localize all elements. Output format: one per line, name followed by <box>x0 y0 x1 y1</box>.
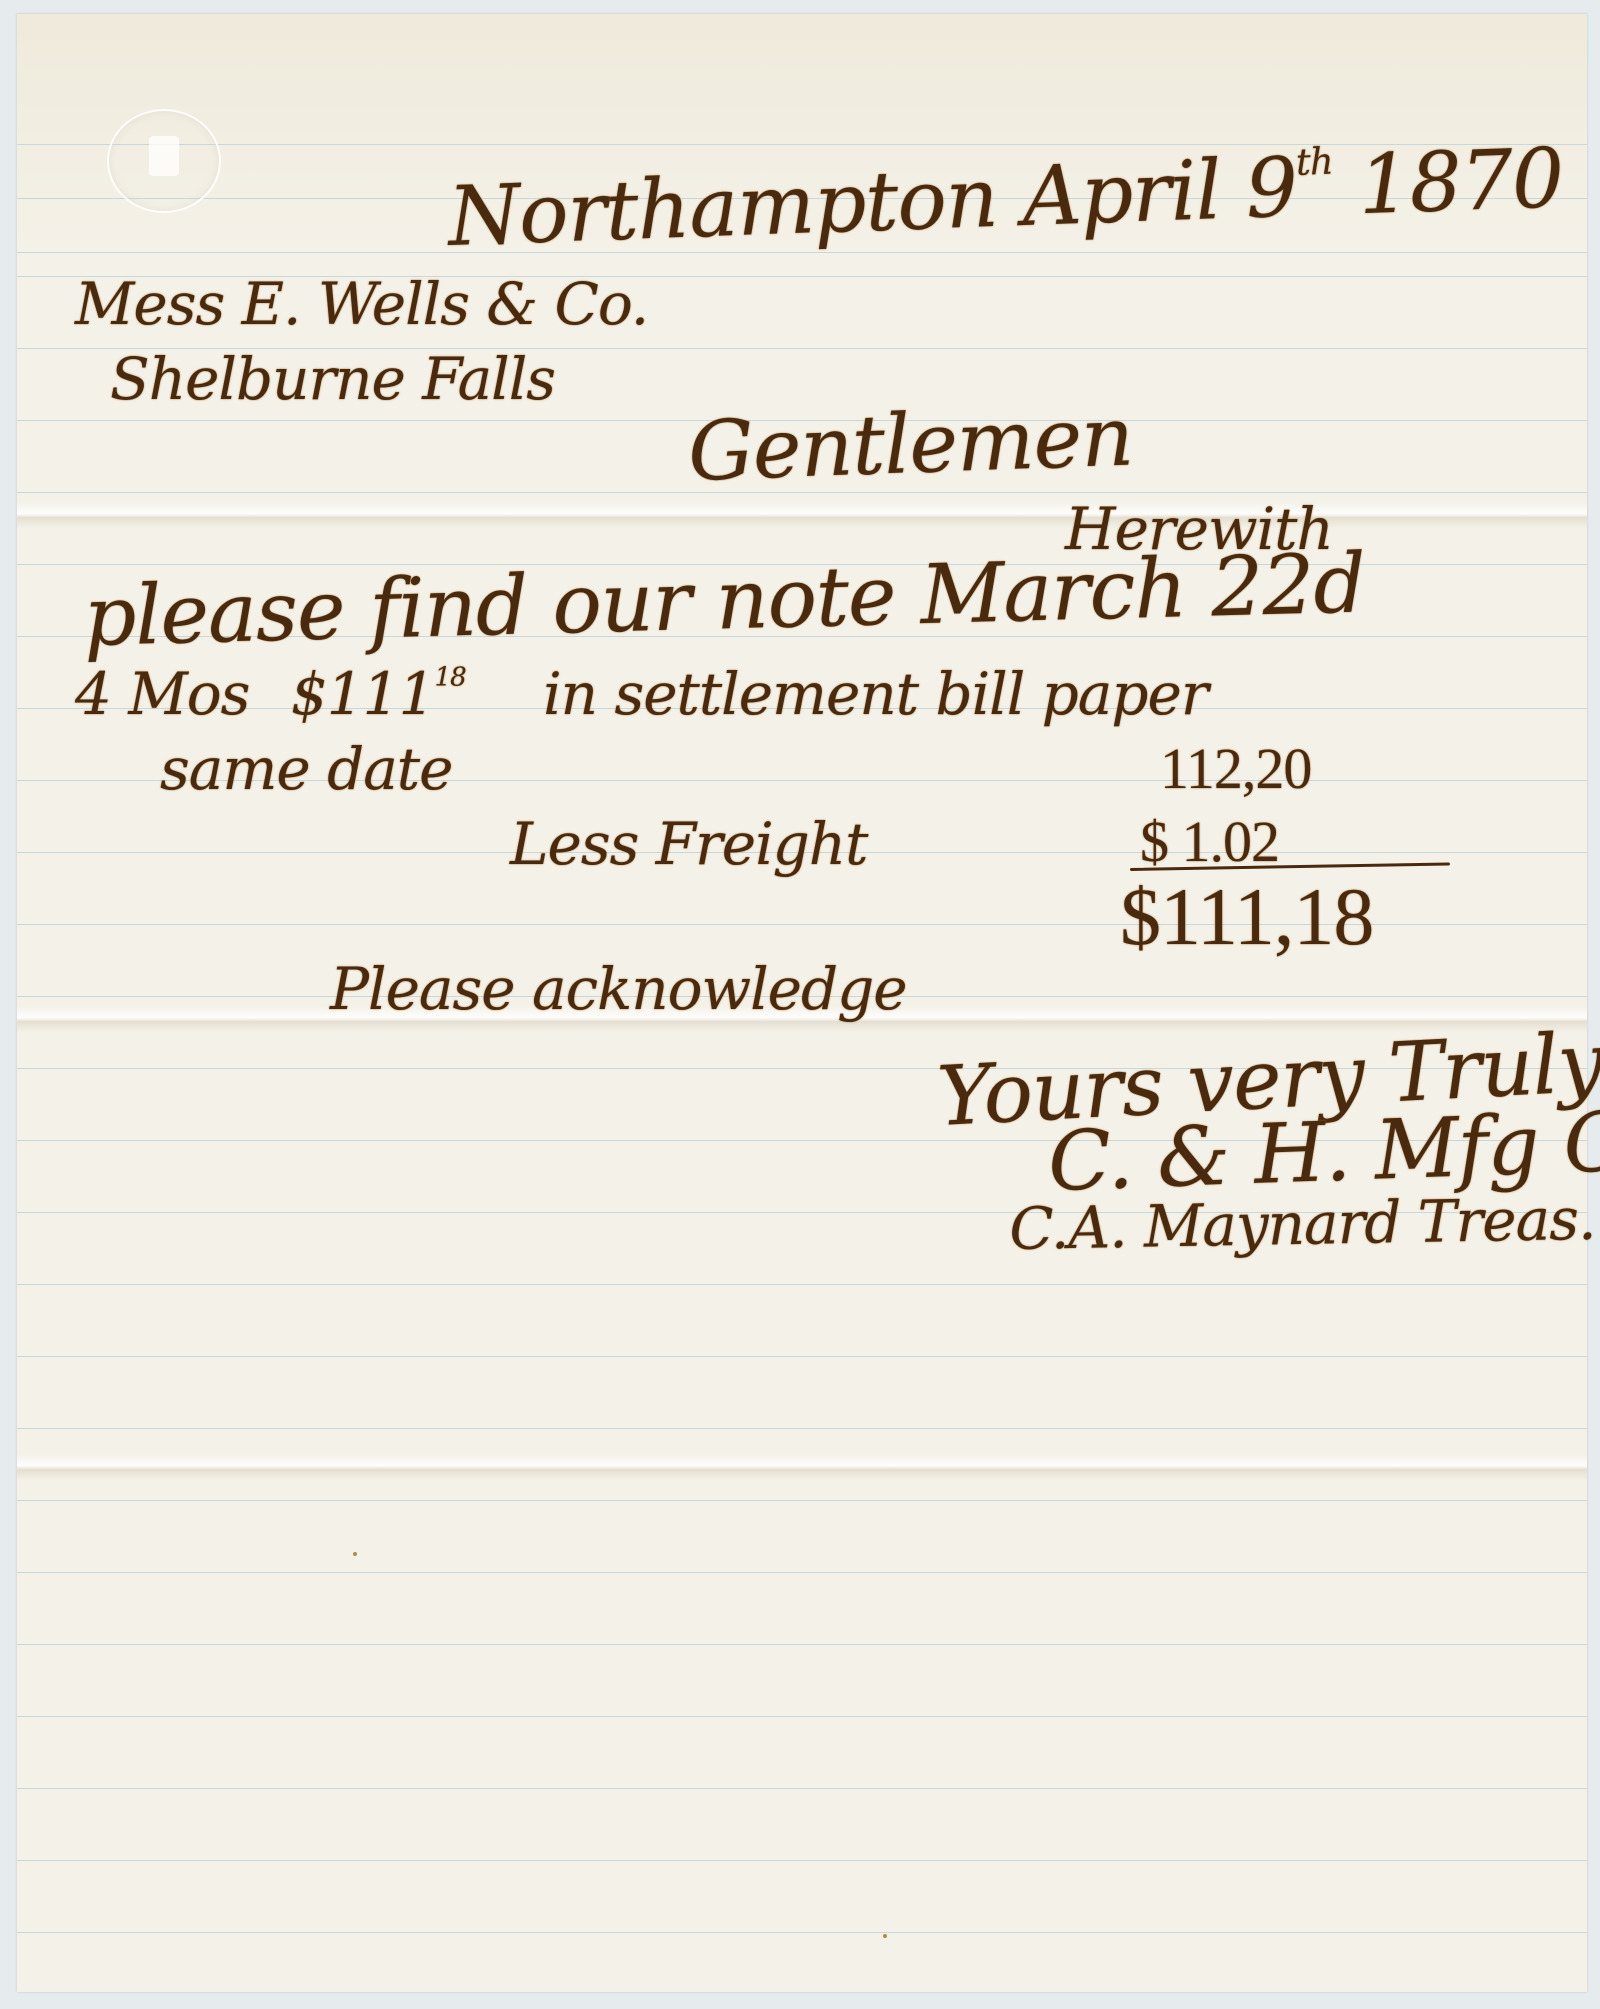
ruled-line <box>17 1284 1587 1285</box>
signature-signer: C.A. Maynard Treas. <box>1009 1185 1596 1263</box>
closing-request: Please acknowledge <box>330 955 907 1023</box>
ruled-line <box>17 1788 1587 1789</box>
ledger-subtotal: 112,20 <box>1160 735 1311 802</box>
salutation-text: Gentlemen <box>687 390 1135 500</box>
ruled-line <box>17 1356 1587 1357</box>
ink-speck <box>353 1552 357 1556</box>
ink-speck <box>883 1934 887 1938</box>
fold-crease <box>17 1454 1587 1480</box>
ledger-less-label: Less Freight <box>510 810 867 878</box>
heading-date: April 9th 1870 <box>1021 131 1565 245</box>
fold-crease <box>17 502 1587 528</box>
embossed-seal-icon <box>107 109 221 213</box>
heading-place: Northampton <box>447 151 999 265</box>
ruled-line <box>17 1932 1587 1933</box>
ruled-line <box>17 1500 1587 1501</box>
addressee-line-1: Mess E. Wells & Co. <box>75 270 648 338</box>
body-line-4: same date <box>160 735 452 803</box>
ledger-total: $111,18 <box>1120 870 1373 964</box>
ruled-line <box>17 1716 1587 1717</box>
ruled-line <box>17 1428 1587 1429</box>
ruled-line <box>17 1572 1587 1573</box>
addressee-line-2: Shelburne Falls <box>110 345 555 413</box>
ruled-line <box>17 1644 1587 1645</box>
body-line-3: 4 Mos $11118 in settlement bill paper <box>75 660 1208 728</box>
ruled-line <box>17 1860 1587 1861</box>
